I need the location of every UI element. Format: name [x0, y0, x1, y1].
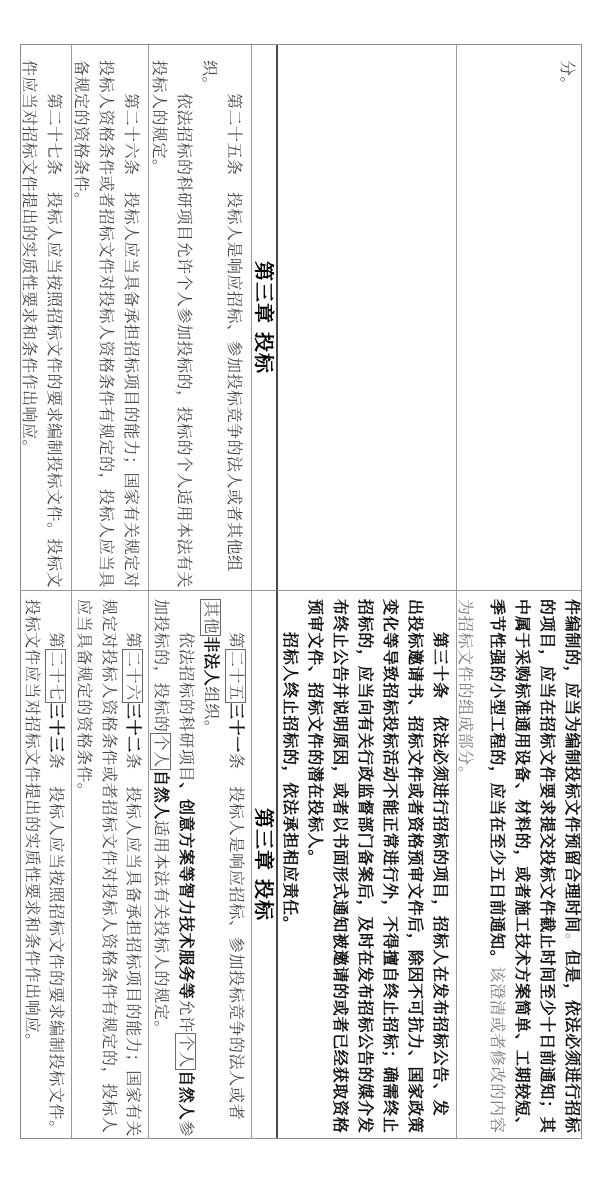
text-line: 招标的，应当向有关行政监督部门备案后，及时在发布招标公告的媒介发 — [353, 599, 378, 1138]
unchanged-text: 参 — [177, 1120, 194, 1137]
added-text: 季节性强的小型工程的，应当在至少五日前通知。 — [488, 599, 507, 966]
unchanged-text: 应当具备规定的资格条件。 — [75, 599, 92, 799]
unchanged-text: 为招标文件的组成部分。 — [456, 599, 473, 783]
text-line: 的项目，应当在招标文件要求提交投标文件截止时间至少十日前通知；其 — [535, 599, 560, 1138]
revised-chapter-heading-cell: 第三章 投标 — [251, 591, 276, 1138]
text-line: 第二十五三十一条 投标人是响应招标、参加投标竞争的法人或者 — [224, 599, 249, 1138]
added-text: 出投标邀请书、招标文件或者资格预审文件后，除因不可抗力、国家政策 — [406, 599, 425, 1133]
text-line: 预审文件、招标文件的潜在投标人。 — [303, 599, 328, 1138]
text-line: 第二十六三十二条 投标人应当具备承担招标项目的能力；国家有关 — [121, 599, 146, 1138]
text-line: 织。 — [196, 60, 221, 590]
text-line: 第二十七条 投标人应当按照招标文件的要求编制投标文件。投标文 — [41, 60, 66, 590]
unchanged-text: 条 投标人应当具备承担招标项目的能力；国家有关 — [124, 753, 141, 1137]
text-line: 第二十五条 投标人是响应招标、参加投标竞争的法人或者其他组 — [221, 60, 246, 590]
added-text: 三十三 — [47, 703, 66, 753]
unchanged-text: 投标人的规定。 — [150, 60, 167, 176]
law-comparison-table: 分。 件编制的，应当为编制投标文件预留合理时间。但是，依法必须进行招标 的项目，… — [20, 44, 582, 1139]
unchanged-text: 第二十五条 投标人是响应招标、参加投标竞争的法人或者其他组 — [225, 93, 242, 572]
unchanged-text: 条 投标人是响应招标、参加投标竞争的法人或者 — [227, 753, 244, 1120]
added-text: 件编制的，应当为编制投标文件预留合理时间 — [563, 599, 581, 933]
text-line: 应当具备规定的资格条件。 — [71, 599, 96, 1138]
revised-cell-article-30: 第三十条 依法必须进行招标的项目，招标人在发布招标公告、发 出投标邀请书、招标文… — [276, 591, 456, 1138]
text-line: 加投标的，投标的个人自然人适用本法有关投标人的规定。 — [149, 599, 174, 1138]
text-line: 依法招标的科研项目、创意方案等智力技术服务等允许个人自然人参 — [174, 599, 199, 1138]
text-line: 投标人资格条件或者招标文件对投标人资格条件有规定的，投标人应当具 — [93, 60, 118, 590]
text-line: 布终止公告并说明原因，或者以书面形式通知被邀请的或者已经获取资格 — [328, 599, 353, 1138]
added-text: 招标的，应当向有关行政监督部门备案后，及时在发布招标公告的媒介发 — [356, 599, 375, 1133]
added-text: 中属于采购标准通用设备、材料的，或者施工技术方案简单、工期较短、 — [513, 599, 532, 1133]
text-line: 件编制的，应当为编制投标文件预留合理时间。但是，依法必须进行招标 — [560, 599, 581, 1138]
revised-cell-article-32: 第二十六三十二条 投标人应当具备承担招标项目的能力；国家有关 规定对投标人资格条… — [71, 591, 148, 1138]
unchanged-text: 允许 — [177, 999, 194, 1032]
added-text: 非法人 — [202, 636, 221, 686]
unchanged-text: 投标文件应当对招标文件提出的实质性要求和条件作出响应。 — [23, 599, 40, 1050]
unchanged-text: 投标人资格条件或者招标文件对投标人资格条件有规定的，投标人应当具 — [97, 60, 114, 588]
unchanged-text: 条 投标人应当按照招标文件的要求编制投标文件。 — [47, 753, 64, 1137]
unchanged-text: 适用本法有关投标人的规定。 — [152, 820, 169, 1037]
added-text: 三十二 — [124, 703, 143, 753]
unchanged-text: 。 — [563, 933, 580, 950]
original-cell-article-24-tail: 分。 — [456, 45, 581, 591]
unchanged-text: 第 — [47, 632, 64, 649]
text-line: 依法招标的科研项目允许个人参加投标的，投标的个人适用本法有关 — [171, 60, 196, 590]
text-line: 中属于采购标准通用设备、材料的，或者施工技术方案简单、工期较短、 — [510, 599, 535, 1138]
text-line: 第三十条 依法必须进行招标的项目，招标人在发布招标公告、发 — [428, 599, 453, 1138]
text-line: 其他非法人组织。 — [199, 599, 224, 1138]
added-text: 、创意方案等智力技术服务等 — [177, 782, 196, 999]
original-cell-article-27: 第二十七条 投标人应当按照招标文件的要求编制投标文件。投标文 件应当对招标文件提… — [21, 45, 71, 591]
text-line: 规定对投标人资格条件或者招标文件对投标人资格条件有规定的，投标人 — [96, 599, 121, 1138]
text-line: 分。 — [554, 60, 579, 590]
revised-cell-article-33: 第二十七三十三条 投标人应当按照招标文件的要求编制投标文件。 投标文件应当对招标… — [21, 591, 71, 1138]
text-line: 投标文件应当对招标文件提出的实质性要求和条件作出响应。 — [21, 599, 44, 1138]
deleted-text-box: 个人 — [175, 1033, 196, 1070]
original-chapter-heading-cell: 第三章 投标 — [251, 45, 276, 591]
original-cell-article-25: 第二十五条 投标人是响应招标、参加投标竞争的法人或者其他组 织。 依法招标的科研… — [148, 45, 251, 591]
unchanged-text: 织。 — [200, 60, 217, 93]
added-text: 自然人 — [152, 770, 171, 820]
added-text: 预审文件、招标文件的潜在投标人。 — [306, 599, 325, 866]
revised-cell-article-29-tail: 件编制的，应当为编制投标文件预留合理时间。但是，依法必须进行招标 的项目，应当在… — [456, 591, 581, 1138]
revised-cell-article-31: 第二十五三十一条 投标人是响应招标、参加投标竞争的法人或者 其他非法人组织。 依… — [148, 591, 251, 1138]
text-line: 招标人终止招标的，依法承担相应责任。 — [278, 599, 303, 1138]
unchanged-text: 加投标的，投标的 — [152, 599, 169, 733]
deleted-text-box: 个人 — [150, 733, 171, 770]
unchanged-text: 第 — [124, 632, 141, 649]
text-line: 投标人的规定。 — [148, 60, 171, 590]
chapter-heading: 第三章 投标 — [252, 808, 276, 921]
deleted-text-box: 二十五 — [225, 649, 246, 703]
unchanged-text: 件应当对招标文件提出的实质性要求和条件作出响应。 — [21, 60, 37, 456]
deleted-text-box: 二十七 — [45, 649, 66, 703]
text-line: 出投标邀请书、招标文件或者资格预审文件后，除因不可抗力、国家政策 — [403, 599, 428, 1138]
chapter-heading: 第三章 投标 — [252, 261, 276, 374]
unchanged-text: 规定对投标人资格条件或者招标文件对投标人资格条件有规定的，投标人 — [100, 599, 117, 1133]
added-text: 招标人终止招标的，依法承担相应责任。 — [281, 632, 300, 933]
text-line: 变化等导致招标投标活动不能正常进行外，不得擅自终止招标；确需终止 — [378, 599, 403, 1138]
unchanged-text: 第 — [227, 632, 244, 649]
text-line: 备规定的资格条件。 — [71, 60, 93, 590]
unchanged-text: 备规定的资格条件。 — [72, 60, 89, 209]
added-text: 三十一 — [227, 703, 246, 753]
deleted-text-box: 其他 — [200, 599, 221, 636]
added-text: 的项目，应当在招标文件要求提交投标文件截止时间至少十日前通知；其 — [538, 599, 557, 1133]
unchanged-text: 依法招标的科研项目允许个人参加投标的，投标的个人适用本法有关 — [175, 93, 192, 588]
original-cell-article-26: 第二十六条 投标人应当具备承担招标项目的能力；国家有关规定对 投标人资格条件或者… — [71, 45, 148, 591]
unchanged-text: 依法招标的科研项目 — [177, 632, 194, 782]
original-cell-empty — [276, 45, 456, 591]
text-line: 件应当对招标文件提出的实质性要求和条件作出响应。 — [21, 60, 41, 590]
unchanged-text: 第二十七条 投标人应当按照招标文件的要求编制投标文件。投标文 — [45, 93, 62, 588]
unchanged-text: 组织。 — [202, 687, 219, 737]
text-line: 第二十六条 投标人应当具备承担招标项目的能力；国家有关规定对 — [118, 60, 143, 590]
unchanged-text: 第二十六条 投标人应当具备承担招标项目的能力；国家有关规定对 — [122, 93, 139, 588]
text-line: 为招标文件的组成部分。 — [456, 599, 477, 1138]
unchanged-text: 分。 — [558, 60, 575, 93]
added-text: 变化等导致招标投标活动不能正常进行外，不得擅自终止招标；确需终止 — [381, 599, 400, 1133]
added-text: 自然人 — [177, 1070, 196, 1120]
added-text: 但是，依法必须进行招标 — [563, 950, 581, 1134]
added-text: 布终止公告并说明原因，或者以书面形式通知被邀请的或者已经获取资格 — [331, 599, 350, 1133]
deleted-text-box: 二十六 — [122, 649, 143, 703]
unchanged-text: 该澄清或者修改的内容 — [488, 966, 505, 1133]
text-line: 第二十七三十三条 投标人应当按照招标文件的要求编制投标文件。 — [44, 599, 69, 1138]
added-text: 第三十条 依法必须进行招标的项目，招标人在发布招标公告、发 — [431, 632, 450, 1116]
text-line: 季节性强的小型工程的，应当在至少五日前通知。该澄清或者修改的内容 — [485, 599, 510, 1138]
